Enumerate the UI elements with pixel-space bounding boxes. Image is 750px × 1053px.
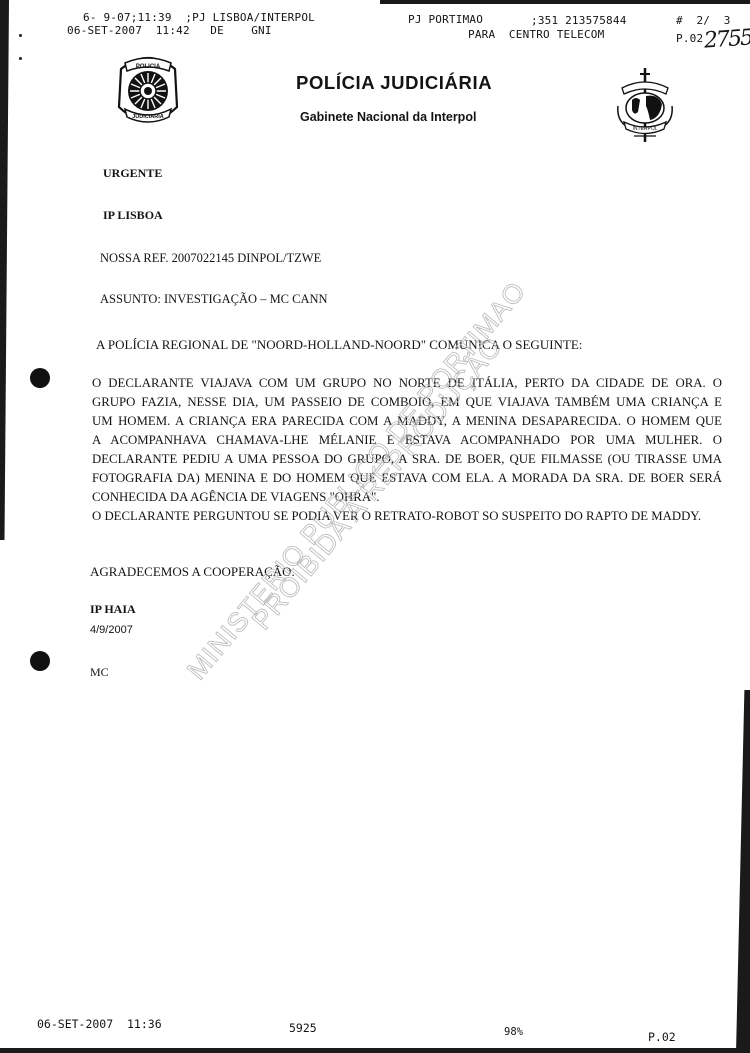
message-date: 4/9/2007 [90,624,133,636]
priority-label: URGENTE [103,166,162,181]
footer-job-number: 5925 [289,1021,317,1035]
footer-quality: 98% [504,1026,523,1038]
svg-text:JUDICIARIA: JUDICIARIA [132,114,164,120]
fax-header-number: ;351 213575844 [531,14,627,27]
fax-header-page: P.02 [676,32,703,45]
interpol-emblem-icon: INTERPOL [612,66,678,146]
fax-header-sent: 06-SET-2007 11:42 DE GNI [67,24,272,37]
policia-judiciaria-emblem-icon: POLICIA JUDICIARIA [113,51,183,131]
fax-header-recipient: PARA CENTRO TELECOM [468,28,604,41]
recipient-label: IP LISBOA [103,208,163,223]
fax-header-page-count: # 2/ 3 [676,14,731,27]
sender-label: IP HAIA [90,602,136,617]
scan-edge-right [736,690,750,1053]
punch-hole-mark [30,368,50,388]
svg-text:POLICIA: POLICIA [136,64,161,70]
body-line: CONHECIDA DA AGÊNCIA DE VIAGENS "OHRA". [92,488,722,507]
handwritten-page-number: 2755 [703,25,750,53]
svg-text:INTERPOL: INTERPOL [632,126,657,132]
scan-speck [19,57,22,60]
sender-initials: MC [90,665,109,680]
footer-page: P.02 [648,1030,676,1044]
footer-timestamp: 06-SET-2007 11:36 [37,1017,162,1031]
body-line: O DECLARANTE PERGUNTOU SE PODIA VER O RE… [92,507,722,526]
scan-edge-left [0,0,9,540]
fax-header-origin: 6- 9-07;11:39 ;PJ LISBOA/INTERPOL [83,11,315,24]
fax-header-sender: PJ PORTIMAO [408,13,483,26]
scan-speck [19,34,22,37]
punch-hole-mark [30,651,50,671]
subject-line: ASSUNTO: INVESTIGAÇÃO – MC CANN [100,292,328,307]
body-line: O DECLARANTE VIAJAVA COM UM GRUPO NO NOR… [92,374,722,393]
reference-number: NOSSA REF. 2007022145 DINPOL/TZWE [100,251,321,266]
scan-edge-bottom [0,1048,750,1053]
page-title: POLÍCIA JUDICIÁRIA [296,72,492,94]
scan-edge-top [380,0,750,4]
page-subtitle: Gabinete Nacional da Interpol [300,110,476,124]
